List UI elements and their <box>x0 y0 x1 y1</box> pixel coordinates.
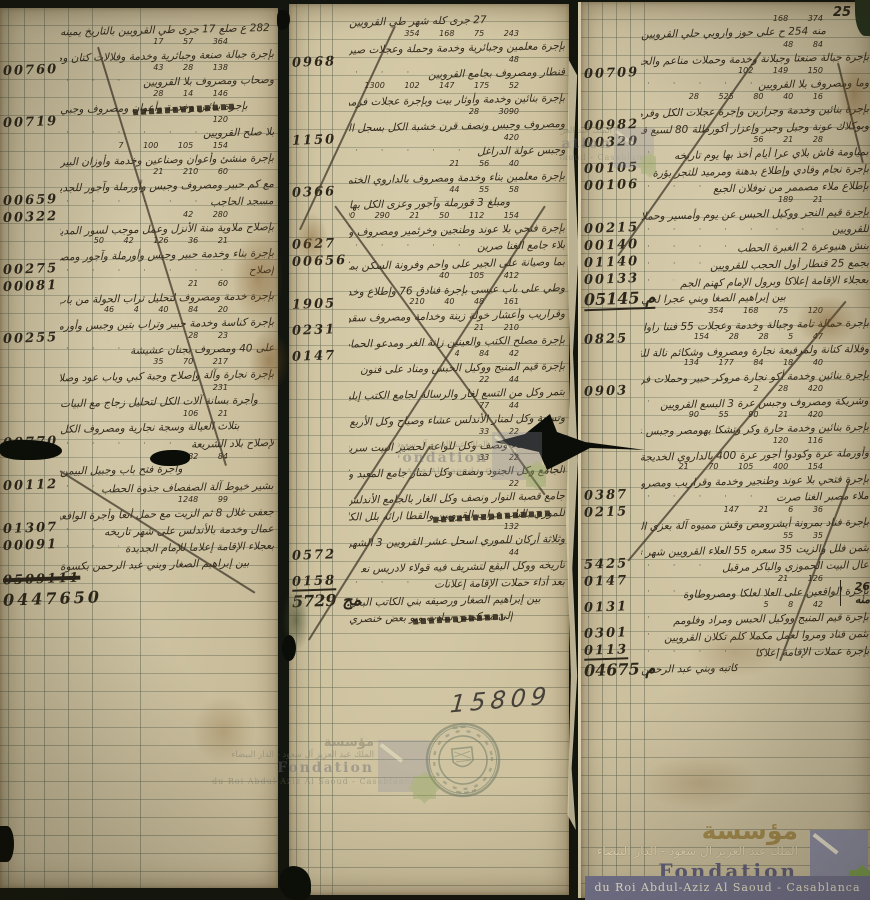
ledger-entry: 120 75 168 354بإجرة حمالة تامة وجبالة وخ… <box>581 306 869 332</box>
figures-line: 52 175 147 102 1300 <box>349 81 565 90</box>
ledger-entry: 0387· · · · · · · · · · · · · · · · · · … <box>581 488 869 505</box>
ledger-entry: 096848· · · · · · · · · · · · · · · · · … <box>289 55 565 81</box>
entry-line: بتلاث العيالة وسجة نجارية ومصروف الكل <box>60 418 274 435</box>
entry-line: · · · · · · · · · · · · · · · · · · · · … <box>641 75 869 92</box>
entry-line: مع كم حبير ومصروف وجبس وأورملة وآجور للج… <box>60 176 274 193</box>
ledger-entry: 00709150 149 102· · · · · · · · · · · · … <box>581 66 869 92</box>
entry-line: جعفى غلال 8 ثم الزيت مع حمل أنعا وأجرة ا… <box>60 504 274 521</box>
ledger-entries-middle: 27 جرى كله شهر طي القرويين243 75 168 354… <box>289 12 565 625</box>
figures-line: 126 21 <box>641 574 869 583</box>
figures-line: 161 48 40 210 <box>349 297 565 306</box>
entry-line: بثمن فلل والزيت 35 سعره 55 العلاء القروي… <box>641 540 869 557</box>
dot-leader: · · · · · · · · · · · · · · · · · · · · … <box>355 146 471 156</box>
ledger-entry: 00106· · · · · · · · · · · · · · · · · ·… <box>581 178 869 195</box>
entry-line: بإجرة فتحي بلا عوند وطنجير وخدمة وقراريب… <box>641 471 869 488</box>
margin-total: 00709 <box>584 65 640 82</box>
page-right: 374 168منه 254 ح على حوز واروبي حلي القر… <box>578 2 870 898</box>
ledger-entry: 282 ع صلع 17 جرى طي القرويين بالتاريخ يم… <box>0 20 274 37</box>
round-ink-seal-stamp <box>419 717 507 803</box>
entry-line: بإصلاح ملاوية منة الأنزل وعمل موجب لسور … <box>60 219 274 236</box>
margin-total: 0447650 <box>3 587 103 609</box>
ledger-entry: 21 36 126 42 50بإجرة بناء وخدمة حبير وجب… <box>0 236 274 262</box>
entry-line: · · · · · · · · · · · · · · · · · · · · … <box>349 237 565 254</box>
dot-leader: · · · · · · · · · · · · · · · · · · · · … <box>647 613 667 623</box>
entry-line: بإجرة خدمة ومصروف لتحليل تراب الحولة من … <box>60 288 274 305</box>
entry-line: · · · · · · · · · · · · · · · · · · · · … <box>60 435 274 452</box>
entry-line: · · · · · · · · · · · · · · · · · · · · … <box>60 72 274 89</box>
entry-line: · · · · · · · · · · · · · · · · · · · · … <box>60 124 274 141</box>
margin-total: 00320 <box>584 134 640 151</box>
entry-line: بإجرة بنائين وخدمة وأوثار بيت وبإجرة عجل… <box>349 90 565 107</box>
figures-line: 35 55 <box>641 531 869 540</box>
figures-line: 60 21 <box>60 279 274 288</box>
entry-line: بإجرة بنائين وخدمة حارة وكر وتشكا بهومصر… <box>641 419 869 436</box>
entry-line: بإجرة منشئ وأعوان وصناعين وخدمة وأوزان ا… <box>60 150 274 167</box>
margin-total: 00105 <box>584 160 640 177</box>
ledger-entry: 0231210 21بإجرة مصلح الكتب والعينين زانة… <box>289 323 565 349</box>
dot-leader: · · · · · · · · · · · · · · · · · · · · … <box>647 397 654 407</box>
dot-leader: · · · · · · · · · · · · · · · · · · · · … <box>647 647 749 657</box>
entry-line: · · · · · · · · · · · · · · · · · · · · … <box>641 255 869 272</box>
ledger-entry: 00275· · · · · · · · · · · · · · · · · ·… <box>0 262 274 279</box>
entry-line: بإجرة حمالة تامة وجبالة وخدمة وعجلات 55 … <box>641 315 869 332</box>
margin-total: 00275 <box>3 261 59 278</box>
ledger-entry: 0301· · · · · · · · · · · · · · · · · · … <box>581 626 869 643</box>
script-line: مسجد الحاجب <box>210 194 274 210</box>
entry-line: · · · · · · · · · · · · · · · · · · · · … <box>349 574 565 591</box>
ledger-entry: 082547 5 28 28 154وفلالة كتانة ولمرفبعة … <box>581 332 869 358</box>
margin-total: 00322 <box>3 209 59 226</box>
figures-line: 154 112 50 21 290 500 <box>349 211 565 220</box>
dot-leader: · · · · · · · · · · · · · · · · · · · · … <box>66 266 243 276</box>
entry-line: وتسعة وكل لمنار الأندلس عشاء وصباح وكل ا… <box>349 410 565 427</box>
dot-leader: · · · · · · · · · · · · · · · · · · · · … <box>66 344 124 354</box>
manuscript-scan: 282 ع صلع 17 جرى طي القرويين بالتاريخ يم… <box>0 0 870 900</box>
entry-line: بإجرة كناسة وخدمة حبير وتراب بتين وجبس و… <box>60 314 274 331</box>
figures-line: 58 55 44 <box>349 185 565 194</box>
entry-line: · · · · · · · · · · · · · · · · · · · · … <box>641 178 869 195</box>
entry-line: · · · · · · · · · · · · · · · · · · · · … <box>60 521 274 538</box>
figures-line: 44 77 <box>349 401 565 410</box>
dot-leader: · · · · · · · · · · · · · · · · · · · · … <box>66 439 185 449</box>
entry-line: بتمر وكل من التسع لغار والرسالة لجامع ال… <box>349 384 565 401</box>
figures-line: 3090 28 <box>349 107 565 116</box>
margin-total: 00106 <box>584 177 640 194</box>
entry-line: بإجرة بنائين وخدمة وجرارين وإجرة عجلات ا… <box>641 101 869 118</box>
ledger-entry: بين إبراهيم الصغار وبني عبد الرحمن بكسوة <box>0 555 274 572</box>
dot-leader: · · · · · · · · · · · · · · · · · · · · … <box>647 148 668 158</box>
entry-line: كاتبه وبني عبد الرحمن <box>641 660 869 677</box>
ledger-entry: 00982وبوكلاك عونة وجبل وجبر وإعزار أكورط… <box>581 118 869 135</box>
entry-line: وطي على باب عيسى بإجرة فنادق 76 وإطلاع و… <box>349 280 565 297</box>
ledger-entry: 00760138 28 43· · · · · · · · · · · · · … <box>0 63 274 89</box>
dot-leader: · · · · · · · · · · · · · · · · · · · · … <box>647 259 704 269</box>
ledger-entry: 44 77وتسعة وكل لمنار الأندلس عشاء وصباح … <box>289 401 565 427</box>
figures-line: 420 21 90 55 90 <box>641 410 869 419</box>
margin-total: 0231 <box>292 322 337 339</box>
margin-total: 0825 <box>584 331 629 348</box>
script-line: لإصلاح بلاد الشريعة <box>190 436 274 453</box>
ledger-entry: 154 112 50 21 290 500بإجرة فتحي بلا عوند… <box>289 211 565 237</box>
script-line: إلى محكمتين سادت وبو بعض خنصري <box>349 609 513 627</box>
ledger-entry: 154 105 100 7بإجرة منشئ وأعوان وصناعين و… <box>0 141 274 167</box>
margin-total: 00112 <box>3 477 59 494</box>
dot-leader: · · · · · · · · · · · · · · · · · · · · … <box>355 578 428 588</box>
ledger-entry: 0447650 <box>0 589 274 606</box>
ledger-entry: 0113· · · · · · · · · · · · · · · · · · … <box>581 643 869 660</box>
figures-line: 231 <box>60 383 274 392</box>
ledger-entry: 412 105 40وطي على باب عيسى بإجرة فنادق 7… <box>289 271 565 297</box>
entry-line: بإجرة قيم النجر ووكيل الحبس عن يوم وأمسي… <box>641 204 869 221</box>
entry-line: وثلاثة أركان للموري اسحل عشر القرويين 3 … <box>349 531 565 548</box>
margin-total: 0131 <box>584 599 629 616</box>
ledger-entry: 0032028 21 56· · · · · · · · · · · · · ·… <box>581 135 869 161</box>
entry-line: ومصروف وجبس ونصف قرن خشبة الكل بسجل القر… <box>349 116 565 133</box>
margin-total: 0113 <box>584 642 629 661</box>
script-line: إصلاح <box>249 263 274 279</box>
entry-line: بإجرة بناء وخدمة حبير وجبس وأورملة وآجور… <box>60 245 274 262</box>
ledger-entry: 27 جرى كله شهر طي القرويين <box>289 12 565 29</box>
ledger-entry: 057244· · · · · · · · · · · · · · · · · … <box>289 548 565 574</box>
figures-line: 84 82 <box>60 452 274 461</box>
entry-line: · · · · · · · · · · · · · · · · · · · · … <box>641 238 869 255</box>
ledger-entry: 5425· · · · · · · · · · · · · · · · · · … <box>581 557 869 574</box>
entry-line: · · · · · · · · · · · · · · · · · · · · … <box>349 142 565 159</box>
entry-line: منه 254 ح على حوز واروبي حلي القرويين <box>641 23 869 40</box>
dot-leader: · · · · · · · · · · · · · · · · · · · · … <box>647 182 707 192</box>
entry-line: · · · · · · · · · · · · · · · · · · · · … <box>60 340 274 357</box>
script-line: كاتبه وبني عبد الرحمن <box>641 661 739 678</box>
ledger-entry: 420 21 90 55 90بإجرة بنائين وخدمة حارة و… <box>581 410 869 436</box>
script-line: وأجرة فتح باب وجبيل البيمن <box>60 462 183 480</box>
dot-leader: · · · · · · · · · · · · · · · · · · · · … <box>647 276 674 286</box>
entry-line: وأجرة فتح باب وجبيل البيمن <box>60 461 274 478</box>
entry-line: إلى محكمتين سادت وبو بعض خنصري <box>349 608 565 625</box>
figures-line: 42 8 5 <box>641 600 869 609</box>
entry-line: 282 ع صلع 17 جرى طي القرويين بالتاريخ يم… <box>60 20 274 37</box>
ledger-entry: 374 168منه 254 ح على حوز واروبي حلي القر… <box>581 14 869 40</box>
figures-line: 154 400 105 70 21 <box>641 462 869 471</box>
ledger-entry: 243 75 168 354بإجرة معلمين وجبائرية وخدم… <box>289 29 565 55</box>
ledger-entry: 146 14 28بإجرة بنائين وخدمة وأعوان ومصرو… <box>0 89 274 115</box>
entry-line: 27 جرى كله شهر طي القرويين <box>349 12 565 29</box>
script-line: للقرويين <box>832 222 869 238</box>
margin-total: 0215 <box>584 504 629 521</box>
ledger-entry: 1905161 48 40 210وقراريب وأعشار خولة زين… <box>289 297 565 323</box>
figures-line: 21 106 <box>60 409 274 418</box>
figures-line: 21 36 126 42 50 <box>60 236 274 245</box>
figures-line: 146 14 28 <box>60 89 274 98</box>
ledger-entry: 231وأجرة بسانة آلات الكل لتحليل زجاج مع … <box>0 383 274 409</box>
margin-total: 00091 <box>3 537 59 554</box>
dot-leader: · · · · · · · · · · · · · · · · · · · · … <box>355 241 471 251</box>
ledger-entry: 1150420· · · · · · · · · · · · · · · · ·… <box>289 133 565 159</box>
figures-line: 21 189 <box>641 195 869 204</box>
margin-total: 0147 <box>584 573 629 590</box>
margin-total: 00133 <box>584 271 640 288</box>
entry-line: وأورملة عرة وكودوا أجور عرة 400 بالداروي… <box>641 445 869 462</box>
entry-line: بإجرة بنائين وخدمة أكو نجارة مروكر حبير … <box>641 367 869 384</box>
figures-line: 42 84 4 <box>349 349 565 358</box>
entry-line: · · · · · · · · · · · · · · · · · · · · … <box>60 193 274 210</box>
ledger-entry: 036658 55 44ومبلغ 3 قورملة وآجور وعزى ال… <box>289 185 565 211</box>
ledger-entry: 132وثلاثة أركان للموري اسحل عشر القرويين… <box>289 522 565 548</box>
ledger-entry: للموري بالباب عراب القرويين والقطا ارائه… <box>289 505 565 522</box>
ledger-entry: 01307· · · · · · · · · · · · · · · · · ·… <box>0 521 274 538</box>
script-line: بإجرة عملات الإقامة إعلاكا <box>754 644 869 661</box>
entry-line: ومبلغ 3 قورملة وآجور وعزى الكل بها <box>349 194 565 211</box>
entry-line: بإجرة معلمين بناء وخدمة ومصروف بالداروي … <box>349 168 565 185</box>
dot-leader: · · · · · · · · · · · · · · · · · · · · … <box>66 525 98 535</box>
ledger-entry: 04675 مكاتبه وبني عبد الرحمن <box>581 660 869 677</box>
dot-leader: · · · · · · · · · · · · · · · · · · · · … <box>647 630 658 640</box>
dot-leader: · · · · · · · · · · · · · · · · · · · · … <box>66 542 119 552</box>
margin-total: 01140 <box>584 254 640 271</box>
margin-total: 1905 <box>292 296 337 313</box>
entry-line: وأجرة بسانة آلات الكل لتحليل زجاج مع الب… <box>60 392 274 409</box>
dot-leader: · · · · · · · · · · · · · · · · · · · · … <box>66 128 197 138</box>
ledger-entry: 52 175 147 102 1300بإجرة بنائين وخدمة وأ… <box>289 81 565 107</box>
margin-total: 00770 <box>3 434 59 451</box>
dot-leader: · · · · · · · · · · · · · · · · · · · · … <box>647 561 716 571</box>
ledger-entry: 3090 28ومصروف وجبس ونصف قرن خشبة الكل بس… <box>289 107 565 133</box>
page-number-26: 26 منه <box>840 580 870 606</box>
dot-leader: · · · · · · · · · · · · · · · · · · · · … <box>66 76 137 86</box>
script-line: بلا صلح القرويين <box>202 125 274 141</box>
figures-line: 44 <box>349 548 565 557</box>
ledger-entry: 01140· · · · · · · · · · · · · · · · · ·… <box>581 255 869 272</box>
figures-line: 23 28 <box>60 331 274 340</box>
ledger-entry: 84 82وأجرة فتح باب وجبيل البيمن <box>0 452 274 478</box>
figures-line: 280 42 <box>60 210 274 219</box>
ledger-entry: 154 400 105 70 21بإجرة فتحي بلا عوند وطن… <box>581 462 869 488</box>
entry-line: · · · · · · · · · · · · · · · · · · · · … <box>349 557 565 574</box>
figures-line: 243 75 168 354 <box>349 29 565 38</box>
dot-leader: · · · · · · · · · · · · · · · · · · · · … <box>647 225 826 235</box>
figures-line: 120 <box>60 115 274 124</box>
page-left: 282 ع صلع 17 جرى طي القرويين بالتاريخ يم… <box>0 8 278 888</box>
figures-line: 420 28 2 <box>641 384 869 393</box>
script-line: وما ومصروف بلا القرويين <box>758 76 869 93</box>
figures-line: 364 57 17 <box>60 37 274 46</box>
margin-total: 01307 <box>3 520 59 537</box>
figures-line: 22 33 <box>349 427 565 436</box>
ledger-entry: إلى محكمتين سادت وبو بعض خنصري <box>289 608 565 625</box>
margin-total: 0903 <box>584 383 629 400</box>
figures-line: 210 21 <box>349 323 565 332</box>
margin-total: 0968 <box>292 54 337 71</box>
margin-total: 00140 <box>584 237 640 254</box>
margin-total: 0147 <box>292 348 337 365</box>
ledger-entry: 014742 84 4· · · · · · · · · · · · · · ·… <box>289 349 565 375</box>
ledger-entry: 00322280 42بإصلاح ملاوية منة الأنزل وعمل… <box>0 210 274 236</box>
ledger-entry: 021536 6 21 147بإجرة فناد بمرونة أيشرومص… <box>581 505 869 531</box>
ledger-entry: 0158· · · · · · · · · · · · · · · · · · … <box>289 574 565 591</box>
ledger-entry: 0008160 21بإجرة خدمة ومصروف لتحليل تراب … <box>0 279 274 305</box>
entry-line: بين إبراهيم الصغا وبني عجرا لحي <box>641 289 869 306</box>
ledger-entry: 00719120· · · · · · · · · · · · · · · · … <box>0 115 274 141</box>
entry-line: · · · · · · · · · · · · · · · · · · · · … <box>641 144 869 161</box>
ledger-entry: 0025523 28· · · · · · · · · · · · · · · … <box>0 331 274 357</box>
ledger-entry: 00215· · · · · · · · · · · · · · · · · ·… <box>581 221 869 238</box>
ledger-entry: 21 189بإجرة قيم النجر ووكيل الحبس عن يوم… <box>581 195 869 221</box>
ledger-entry: 364 57 17بإجرة جبالة صنعة وجبائرية وخدمة… <box>0 37 274 63</box>
entry-line: بإجرة بنائين وخدمة وأعوان ومصروف وجبي <box>60 98 274 115</box>
ledger-entry: 00112· · · · · · · · · · · · · · · · · ·… <box>0 478 274 495</box>
figures-line: 28 21 56 <box>641 135 869 144</box>
entry-line: · · · · · · · · · · · · · · · · · · · · … <box>349 64 565 81</box>
entry-line: · · · · · · · · · · · · · · · · · · · · … <box>60 538 274 555</box>
entry-line: · · · · · · · · · · · · · · · · · · · · … <box>641 557 869 574</box>
figures-line: 40 18 84 177 134 <box>641 358 869 367</box>
entry-line: بين إبراهيم الصغار ورصيفه بني الكاتب الب… <box>349 591 565 608</box>
margin-total: 0387 <box>584 487 629 504</box>
dot-leader: · · · · · · · · · · · · · · · · · · · · … <box>355 68 422 78</box>
entry-line: جامع قصبة النوار ونصف وكل الغار بالجامع … <box>349 488 565 505</box>
ledger-entry: 116 120وأورملة عرة وكودوا أجور عرة 400 ب… <box>581 436 869 462</box>
figures-line: 217 70 35 <box>60 357 274 366</box>
margin-total: 0509111 <box>3 571 81 589</box>
dot-leader: · · · · · · · · · · · · · · · · · · · · … <box>647 587 677 597</box>
margin-total: 1150 <box>292 132 337 149</box>
figures-line: 138 28 43 <box>60 63 274 72</box>
ledger-entry: 0903420 28 2· · · · · · · · · · · · · · … <box>581 384 869 410</box>
figures-line: 47 5 28 28 154 <box>641 332 869 341</box>
margin-total: 00982 <box>584 117 640 134</box>
figures-line: 84 48 <box>641 40 869 49</box>
figures-line: 420 <box>349 133 565 142</box>
page-number-25: 25 <box>833 5 851 20</box>
ledger-entry: 00091· · · · · · · · · · · · · · · · · ·… <box>0 538 274 555</box>
entry-line: وفلالة كتانة ولمرفبعة نجارة ومصروف وشكائ… <box>641 341 869 358</box>
figures-line: 154 105 100 7 <box>60 141 274 150</box>
dot-leader: · · · · · · · · · · · · · · · · · · · · … <box>66 197 204 207</box>
entry-line: · · · · · · · · · · · · · · · · · · · · … <box>641 609 869 626</box>
entry-line: · · · · · · · · · · · · · · · · · · · · … <box>641 583 869 600</box>
entry-line: · · · · · · · · · · · · · · · · · · · · … <box>641 626 869 643</box>
ledger-entry: 05145 مبين إبراهيم الصغا وبني عجرا لحي <box>581 289 869 306</box>
figures-line: 116 120 <box>641 436 869 445</box>
entry-line: بإجرة جبالة صنعة وجبائرية وخدمة وفلالات … <box>60 46 274 63</box>
script-line: وجبس عولة الدراغل <box>476 143 565 160</box>
margin-total: 5425 <box>584 556 629 573</box>
ledger-entry: 013142 8 5· · · · · · · · · · · · · · · … <box>581 600 869 626</box>
margin-total: 00255 <box>3 330 59 347</box>
ledger-entry: 00659· · · · · · · · · · · · · · · · · ·… <box>0 193 274 210</box>
ledger-entry: 21 106بتلاث العيالة وسجة نجارية ومصروف ا… <box>0 409 274 435</box>
entry-line: · · · · · · · · · · · · · · · · · · · · … <box>641 221 869 238</box>
ledger-entry: 00105· · · · · · · · · · · · · · · · · ·… <box>581 161 869 178</box>
dot-leader: · · · · · · · · · · · · · · · · · · · · … <box>647 492 770 502</box>
entry-line: · · · · · · · · · · · · · · · · · · · · … <box>641 643 869 660</box>
figures-line: 150 149 102 <box>641 66 869 75</box>
margin-total: 0301 <box>584 625 629 642</box>
entry-line: بين إبراهيم الصغار وبني عبد الرحمن بكسوة <box>60 555 274 572</box>
ledger-entry: 16 40 80 525 28بإجرة بنائين وخدمة وجراري… <box>581 92 869 118</box>
ledger-entry: 00133· · · · · · · · · · · · · · · · · ·… <box>581 272 869 289</box>
entry-line: بإجرة نجارة وآلة وإصلاح وجبة كبي وباب عو… <box>60 366 274 383</box>
margin-total: 0627 <box>292 236 337 253</box>
ledger-entry: 22جامع قصبة النوار ونصف وكل الغار بالجام… <box>289 479 565 505</box>
ledger-entry: 0147126 21· · · · · · · · · · · · · · · … <box>581 574 869 600</box>
figures-line: 20 84 40 4 46 <box>60 305 274 314</box>
margin-total: 00719 <box>3 114 59 131</box>
figures-line: 40 56 21 <box>349 159 565 168</box>
margin-total: 0158 <box>292 573 337 592</box>
ledger-entry: 00770· · · · · · · · · · · · · · · · · ·… <box>0 435 274 452</box>
ledger-entry: 84 48بإجرة جبالة صنعتا وجبلانة وخدمة وحم… <box>581 40 869 66</box>
figures-line: 99 1248 <box>60 495 274 504</box>
margin-total: 00081 <box>3 278 59 295</box>
ledger-entry: 00656بما وصيانة على الجير على واحم وفرون… <box>289 254 565 271</box>
script-line: ملاء مصبر الغنا صرت <box>776 489 869 506</box>
margin-total: 00760 <box>3 62 59 79</box>
margin-total: 00656 <box>292 253 348 270</box>
figures-line: 60 210 21 <box>60 167 274 176</box>
ledger-entry: 20 84 40 4 46بإجرة كناسة وخدمة حبير وترا… <box>0 305 274 331</box>
ledger-entry: 40 18 84 177 134بإجرة بنائين وخدمة أكو ن… <box>581 358 869 384</box>
entry-line: وبوكلاك عونة وجبل وجبر وإعزار أكورطلة 80… <box>641 118 869 135</box>
entry-line: صباح وعشاء ونصف وكل للواعة لحصير البيت س… <box>349 436 565 453</box>
margin-total: 00659 <box>3 192 59 209</box>
figures-line: 16 40 80 525 28 <box>641 92 869 101</box>
ledger-entry: 217 70 35بإجرة نجارة وآلة وإصلاح وجبة كب… <box>0 357 274 383</box>
ledger-entries-right: 374 168منه 254 ح على حوز واروبي حلي القر… <box>581 14 869 677</box>
dot-leader: · · · · · · · · · · · · · · · · · · · · … <box>647 242 731 252</box>
entry-line: · · · · · · · · · · · · · · · · · · · · … <box>641 272 869 289</box>
entry-line: وقراريب وأعشار خولة زينة وخدامة ومصروف س… <box>349 306 565 323</box>
margin-total: 0572 <box>292 547 337 564</box>
